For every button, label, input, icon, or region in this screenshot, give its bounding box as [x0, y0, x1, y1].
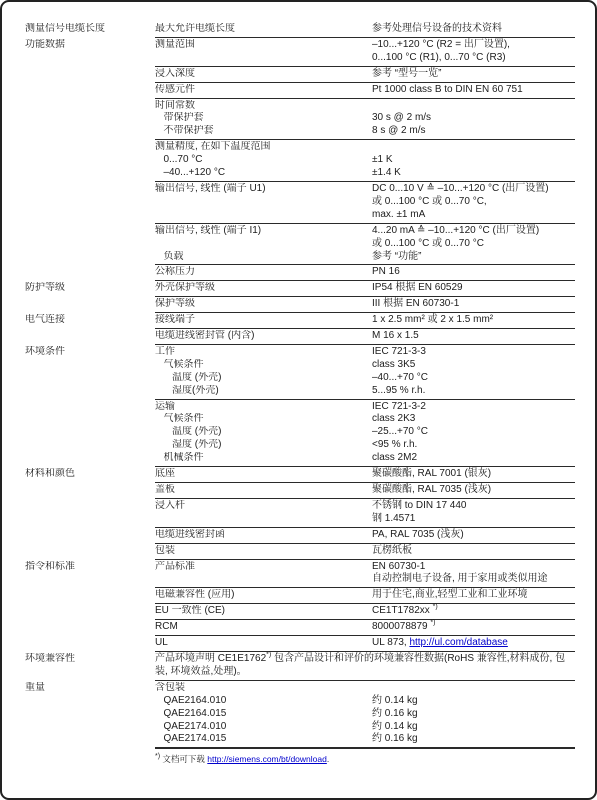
table-row: 时间常数 带保护套30 s @ 2 m/s不带保护套8 s @ 2 m/s	[25, 100, 575, 139]
spec-line: 电缆进线密封管 (内含)M 16 x 1.5	[155, 330, 575, 343]
spec-line: 电磁兼容性 (应用)用于住宅,商业,轻型工业和工业环境	[155, 589, 575, 602]
value-text: III 根据 EN 60730-1	[372, 298, 459, 309]
property-value: 8 s @ 2 m/s	[372, 125, 575, 138]
property-value: IEC 721-3-3	[372, 346, 575, 359]
env-compat-paragraph: 产品环境声明 CE1E1762*) 包含产品设计和评价的环境兼容性数据(RoHS…	[155, 653, 575, 679]
property-value: 瓦楞纸板	[372, 545, 575, 558]
row-body: 电磁兼容性 (应用)用于住宅,商业,轻型工业和工业环境	[155, 589, 575, 602]
footnote-marker: *)	[430, 620, 435, 627]
spec-line: 湿度 (外壳)<95 % r.h.	[155, 439, 575, 452]
table-row: 环境兼容性产品环境声明 CE1E1762*) 包含产品设计和评价的环境兼容性数据…	[25, 653, 575, 679]
spec-line: 或 0...100 °C 或 0...70 °C,	[155, 196, 575, 209]
spec-line: QAE2174.010约 0.14 kg	[155, 721, 575, 734]
property-label: 气候条件	[155, 359, 372, 372]
value-text: IP54 根据 EN 60529	[372, 282, 463, 293]
property-label: 电缆进线密封管 (内含)	[155, 330, 372, 343]
property-label: 底座	[155, 468, 372, 481]
property-value: 或 0...100 °C 或 0...70 °C,	[372, 196, 575, 209]
property-value: III 根据 EN 60730-1	[372, 298, 575, 311]
spec-line: 含包装	[155, 682, 575, 695]
spec-line: RCM8000078879 *)	[155, 621, 575, 634]
property-value: PA, RAL 7035 (浅灰)	[372, 529, 575, 542]
table-row: EU 一致性 (CE)CE1T1782xx *)	[25, 605, 575, 618]
spec-line: 气候条件class 2K3	[155, 413, 575, 426]
value-text: ±1.4 K	[372, 167, 401, 178]
property-label: 测量范围	[155, 39, 372, 52]
spec-line: 测量范围–10...+120 °C (R2 = 出厂设置),	[155, 39, 575, 52]
value-link[interactable]: http://ul.com/database	[409, 637, 507, 648]
row-body: 浸入深度参考 “型号一览”	[155, 68, 575, 81]
property-label: EU 一致性 (CE)	[155, 605, 372, 618]
table-row: 传感元件Pt 1000 class B to DIN EN 60 751	[25, 84, 575, 97]
value-text: 5...95 % r.h.	[372, 385, 425, 396]
row-body: 产品环境声明 CE1E1762*) 包含产品设计和评价的环境兼容性数据(RoHS…	[155, 653, 575, 679]
property-label	[155, 238, 372, 251]
property-value: <95 % r.h.	[372, 439, 575, 452]
row-body: 最大允许电缆长度参考处理信号设备的技术资料	[155, 23, 575, 36]
property-value: –10...+120 °C (R2 = 出厂设置),	[372, 39, 575, 52]
property-value: class 2M2	[372, 452, 575, 465]
spec-line: 时间常数	[155, 100, 575, 113]
spec-line: –40...+120 °C±1.4 K	[155, 167, 575, 180]
property-label: 电缆进线密封函	[155, 529, 372, 542]
value-text: 1 x 2.5 mm² 或 2 x 1.5 mm²	[372, 314, 493, 325]
spec-line: 保护等级III 根据 EN 60730-1	[155, 298, 575, 311]
row-body: 电缆进线密封管 (内含)M 16 x 1.5	[155, 330, 575, 343]
property-label: 带保护套	[155, 112, 372, 125]
row-body: 时间常数 带保护套30 s @ 2 m/s不带保护套8 s @ 2 m/s	[155, 100, 575, 139]
paragraph-text: 产品环境声明 CE1E1762	[155, 653, 266, 664]
value-text: 自动控制电子设备, 用于家用或类似用途	[372, 573, 548, 584]
property-value: 参考 “型号一览”	[372, 68, 575, 81]
siemens-download-link[interactable]: http://siemens.com/bt/download	[207, 754, 327, 764]
value-text: PN 16	[372, 266, 400, 277]
value-text: 聚碳酸酯, RAL 7001 (银灰)	[372, 468, 491, 479]
value-text: 参考 “功能”	[372, 251, 421, 262]
property-value	[372, 100, 575, 113]
row-divider	[155, 559, 575, 560]
property-label: 输出信号, 线性 (端子 I1)	[155, 225, 372, 238]
property-value: Pt 1000 class B to DIN EN 60 751	[372, 84, 575, 97]
table-row: 重量含包装 QAE2164.010约 0.14 kgQAE2164.015约 0…	[25, 682, 575, 747]
value-text: 约 0.14 kg	[372, 695, 418, 706]
property-value: 1 x 2.5 mm² 或 2 x 1.5 mm²	[372, 314, 575, 327]
value-text: IEC 721-3-2	[372, 401, 426, 412]
row-divider	[155, 498, 575, 499]
table-row: 浸入深度参考 “型号一览”	[25, 68, 575, 81]
row-body: 运输IEC 721-3-2气候条件class 2K3温度 (外壳)–25...+…	[155, 401, 575, 466]
property-value: DC 0...10 V ≙ –10...+120 °C (出厂设置)	[372, 183, 575, 196]
value-text: 钢 1.4571	[372, 513, 415, 524]
property-label: 传感元件	[155, 84, 372, 97]
row-divider	[155, 651, 575, 652]
property-label: QAE2164.010	[155, 695, 372, 708]
table-row: 防护等级外壳保护等级IP54 根据 EN 60529	[25, 282, 575, 295]
property-value: 0...100 °C (R1), 0...70 °C (R3)	[372, 52, 575, 65]
spec-line: QAE2164.015约 0.16 kg	[155, 708, 575, 721]
value-text: 用于住宅,商业,轻型工业和工业环境	[372, 589, 528, 600]
row-divider	[155, 98, 575, 99]
datasheet-page: 测量信号电缆长度最大允许电缆长度参考处理信号设备的技术资料功能数据测量范围–10…	[0, 0, 597, 800]
spec-line: 机械条件class 2M2	[155, 452, 575, 465]
property-value	[372, 141, 575, 154]
property-value: IP54 根据 EN 60529	[372, 282, 575, 295]
row-divider	[155, 312, 575, 313]
row-body: 外壳保护等级IP54 根据 EN 60529	[155, 282, 575, 295]
spec-line: QAE2174.015约 0.16 kg	[155, 733, 575, 746]
property-value: 用于住宅,商业,轻型工业和工业环境	[372, 589, 575, 602]
property-label: 浸入深度	[155, 68, 372, 81]
property-label: 气候条件	[155, 413, 372, 426]
property-label: QAE2174.010	[155, 721, 372, 734]
row-divider	[155, 296, 575, 297]
value-text: 约 0.16 kg	[372, 733, 418, 744]
spec-table: 测量信号电缆长度最大允许电缆长度参考处理信号设备的技术资料功能数据测量范围–10…	[25, 23, 575, 749]
property-label: 温度 (外壳)	[155, 426, 372, 439]
property-label: 最大允许电缆长度	[155, 23, 372, 36]
property-value: 约 0.14 kg	[372, 695, 575, 708]
property-value: PN 16	[372, 266, 575, 279]
row-body: 电缆进线密封函PA, RAL 7035 (浅灰)	[155, 529, 575, 542]
value-text: –25...+70 °C	[372, 426, 428, 437]
property-label	[155, 209, 372, 222]
spec-line: ULUL 873, http://ul.com/database	[155, 637, 575, 650]
property-label: 浸入杆	[155, 500, 372, 513]
value-text: 或 0...100 °C 或 0...70 °C,	[372, 196, 487, 207]
row-body: 输出信号, 线性 (端子 U1)DC 0...10 V ≙ –10...+120…	[155, 183, 575, 222]
row-divider	[155, 139, 575, 140]
property-label: 接线端子	[155, 314, 372, 327]
table-row: 保护等级III 根据 EN 60730-1	[25, 298, 575, 311]
property-label	[155, 196, 372, 209]
value-text: class 2K3	[372, 413, 415, 424]
property-value: 聚碳酸酯, RAL 7035 (浅灰)	[372, 484, 575, 497]
value-text: 或 0...100 °C 或 0...70 °C	[372, 238, 484, 249]
property-label: 机械条件	[155, 452, 372, 465]
section-category: 重量	[25, 682, 155, 695]
property-label: 保护等级	[155, 298, 372, 311]
row-divider	[155, 619, 575, 620]
row-body: 含包装 QAE2164.010约 0.14 kgQAE2164.015约 0.1…	[155, 682, 575, 747]
row-divider	[155, 543, 575, 544]
value-text: –40...+70 °C	[372, 372, 428, 383]
spec-line: 公称压力PN 16	[155, 266, 575, 279]
row-body: 工作IEC 721-3-3气候条件class 3K5温度 (外壳)–40...+…	[155, 346, 575, 398]
spec-line: 温度 (外壳)–25...+70 °C	[155, 426, 575, 439]
spec-line: 或 0...100 °C 或 0...70 °C	[155, 238, 575, 251]
row-divider	[155, 527, 575, 528]
row-body: 保护等级III 根据 EN 60730-1	[155, 298, 575, 311]
property-value: M 16 x 1.5	[372, 330, 575, 343]
table-row: 包装瓦楞纸板	[25, 545, 575, 558]
property-label: 湿度 (外壳)	[155, 439, 372, 452]
spec-line: 外壳保护等级IP54 根据 EN 60529	[155, 282, 575, 295]
spec-line: QAE2164.010约 0.14 kg	[155, 695, 575, 708]
section-category: 功能数据	[25, 39, 155, 52]
property-label	[155, 52, 372, 65]
section-category: 材料和颜色	[25, 468, 155, 481]
value-text: 参考 “型号一览”	[372, 68, 441, 79]
row-body: 底座聚碳酸酯, RAL 7001 (银灰)	[155, 468, 575, 481]
property-value: max. ±1 mA	[372, 209, 575, 222]
property-label: 输出信号, 线性 (端子 U1)	[155, 183, 372, 196]
value-text: 约 0.16 kg	[372, 708, 418, 719]
spec-line: 浸入深度参考 “型号一览”	[155, 68, 575, 81]
table-row: 公称压力PN 16	[25, 266, 575, 279]
value-text: 4...20 mA ≙ –10...+120 °C (出厂设置)	[372, 225, 539, 236]
spec-line: 浸入杆不锈钢 to DIN 17 440	[155, 500, 575, 513]
table-row: RCM8000078879 *)	[25, 621, 575, 634]
row-divider	[155, 223, 575, 224]
value-text: ±1 K	[372, 154, 393, 165]
spec-line: 负载参考 “功能”	[155, 251, 575, 264]
property-value: 约 0.14 kg	[372, 721, 575, 734]
value-text: 8000078879	[372, 621, 430, 632]
property-label: –40...+120 °C	[155, 167, 372, 180]
value-text: 8 s @ 2 m/s	[372, 125, 426, 136]
row-divider	[155, 603, 575, 604]
property-value: EN 60730-1	[372, 561, 575, 574]
spec-line: 包装瓦楞纸板	[155, 545, 575, 558]
spec-line: 温度 (外壳)–40...+70 °C	[155, 372, 575, 385]
property-value: 自动控制电子设备, 用于家用或类似用途	[372, 573, 575, 586]
property-value: CE1T1782xx *)	[372, 605, 575, 618]
property-label: 负载	[155, 251, 372, 264]
row-divider	[155, 328, 575, 329]
section-category: 测量信号电缆长度	[25, 23, 155, 36]
property-value: 不锈钢 to DIN 17 440	[372, 500, 575, 513]
table-row: 测量信号电缆长度最大允许电缆长度参考处理信号设备的技术资料	[25, 23, 575, 36]
property-value: 参考处理信号设备的技术资料	[372, 23, 575, 36]
value-text: 约 0.14 kg	[372, 721, 418, 732]
property-label: RCM	[155, 621, 372, 634]
table-row: 电缆进线密封函PA, RAL 7035 (浅灰)	[25, 529, 575, 542]
row-divider	[155, 399, 575, 400]
row-body: RCM8000078879 *)	[155, 621, 575, 634]
table-row: 环境条件工作IEC 721-3-3气候条件class 3K5温度 (外壳)–40…	[25, 346, 575, 398]
spec-line: 传感元件Pt 1000 class B to DIN EN 60 751	[155, 84, 575, 97]
value-text: <95 % r.h.	[372, 439, 417, 450]
property-value: ±1.4 K	[372, 167, 575, 180]
row-body: 接线端子1 x 2.5 mm² 或 2 x 1.5 mm²	[155, 314, 575, 327]
row-divider	[155, 66, 575, 67]
spec-line: 工作IEC 721-3-3	[155, 346, 575, 359]
property-label: 0...70 °C	[155, 154, 372, 167]
row-divider	[155, 635, 575, 636]
property-label: 盖板	[155, 484, 372, 497]
row-divider	[155, 264, 575, 265]
property-label: QAE2164.015	[155, 708, 372, 721]
row-divider	[155, 82, 575, 83]
table-row: 测量精度, 在如下温度范围 0...70 °C±1 K–40...+120 °C…	[25, 141, 575, 180]
value-text: 聚碳酸酯, RAL 7035 (浅灰)	[372, 484, 491, 495]
property-value: –40...+70 °C	[372, 372, 575, 385]
row-divider	[155, 344, 575, 345]
value-text: class 3K5	[372, 359, 415, 370]
spec-line: 最大允许电缆长度参考处理信号设备的技术资料	[155, 23, 575, 36]
value-text: CE1T1782xx	[372, 605, 433, 616]
property-label: 含包装	[155, 682, 372, 695]
property-label: 运输	[155, 401, 372, 414]
table-row: 功能数据测量范围–10...+120 °C (R2 = 出厂设置), 0...1…	[25, 39, 575, 65]
property-label: 包装	[155, 545, 372, 558]
table-row: 运输IEC 721-3-2气候条件class 2K3温度 (外壳)–25...+…	[25, 401, 575, 466]
value-text: 不锈钢 to DIN 17 440	[372, 500, 466, 511]
row-body: ULUL 873, http://ul.com/database	[155, 637, 575, 650]
footnote-suffix: .	[327, 754, 329, 764]
property-label: QAE2174.015	[155, 733, 372, 746]
property-label: 测量精度, 在如下温度范围	[155, 141, 372, 154]
table-row: 指令和标准产品标准EN 60730-1 自动控制电子设备, 用于家用或类似用途	[25, 561, 575, 587]
property-label	[155, 513, 372, 526]
table-row: 电缆进线密封管 (内含)M 16 x 1.5	[25, 330, 575, 343]
row-body: EU 一致性 (CE)CE1T1782xx *)	[155, 605, 575, 618]
footnote-marker: *)	[433, 604, 438, 611]
section-category: 防护等级	[25, 282, 155, 295]
spec-line: 自动控制电子设备, 用于家用或类似用途	[155, 573, 575, 586]
property-label: UL	[155, 637, 372, 650]
property-label: 外壳保护等级	[155, 282, 372, 295]
spec-line: 气候条件class 3K5	[155, 359, 575, 372]
row-body: 公称压力PN 16	[155, 266, 575, 279]
property-value: ±1 K	[372, 154, 575, 167]
spec-line: 带保护套30 s @ 2 m/s	[155, 112, 575, 125]
row-body: 盖板聚碳酸酯, RAL 7035 (浅灰)	[155, 484, 575, 497]
spec-line: 运输IEC 721-3-2	[155, 401, 575, 414]
property-value: 钢 1.4571	[372, 513, 575, 526]
spec-line: EU 一致性 (CE)CE1T1782xx *)	[155, 605, 575, 618]
table-row: 电磁兼容性 (应用)用于住宅,商业,轻型工业和工业环境	[25, 589, 575, 602]
row-divider	[155, 181, 575, 182]
value-text: Pt 1000 class B to DIN EN 60 751	[372, 84, 523, 95]
section-category: 环境条件	[25, 346, 155, 359]
row-body: 浸入杆不锈钢 to DIN 17 440 钢 1.4571	[155, 500, 575, 526]
value-text: EN 60730-1	[372, 561, 425, 572]
property-label	[155, 573, 372, 586]
spec-line: 输出信号, 线性 (端子 I1)4...20 mA ≙ –10...+120 °…	[155, 225, 575, 238]
value-text: PA, RAL 7035 (浅灰)	[372, 529, 464, 540]
spec-line: 钢 1.4571	[155, 513, 575, 526]
table-row: 输出信号, 线性 (端子 I1)4...20 mA ≙ –10...+120 °…	[25, 225, 575, 264]
property-label: 不带保护套	[155, 125, 372, 138]
value-text: max. ±1 mA	[372, 209, 425, 220]
row-body: 测量精度, 在如下温度范围 0...70 °C±1 K–40...+120 °C…	[155, 141, 575, 180]
value-text: M 16 x 1.5	[372, 330, 419, 341]
row-body: 输出信号, 线性 (端子 I1)4...20 mA ≙ –10...+120 °…	[155, 225, 575, 264]
property-value: 参考 “功能”	[372, 251, 575, 264]
value-text: DC 0...10 V ≙ –10...+120 °C (出厂设置)	[372, 183, 549, 194]
spec-line: 0...100 °C (R1), 0...70 °C (R3)	[155, 52, 575, 65]
property-value: class 3K5	[372, 359, 575, 372]
property-value: 约 0.16 kg	[372, 708, 575, 721]
table-row: 浸入杆不锈钢 to DIN 17 440 钢 1.4571	[25, 500, 575, 526]
spec-line: 测量精度, 在如下温度范围	[155, 141, 575, 154]
spec-line: 产品标准EN 60730-1	[155, 561, 575, 574]
spec-line: 盖板聚碳酸酯, RAL 7035 (浅灰)	[155, 484, 575, 497]
property-label: 电磁兼容性 (应用)	[155, 589, 372, 602]
value-text: 0...100 °C (R1), 0...70 °C (R3)	[372, 52, 506, 63]
property-value: IEC 721-3-2	[372, 401, 575, 414]
spec-line: max. ±1 mA	[155, 209, 575, 222]
spec-line: 湿度(外壳)5...95 % r.h.	[155, 385, 575, 398]
row-divider	[155, 280, 575, 281]
property-label: 工作	[155, 346, 372, 359]
property-value: 4...20 mA ≙ –10...+120 °C (出厂设置)	[372, 225, 575, 238]
row-body: 传感元件Pt 1000 class B to DIN EN 60 751	[155, 84, 575, 97]
spec-line: 底座聚碳酸酯, RAL 7001 (银灰)	[155, 468, 575, 481]
row-divider	[155, 466, 575, 467]
value-text: UL 873,	[372, 637, 409, 648]
value-text: class 2M2	[372, 452, 417, 463]
row-body: 测量范围–10...+120 °C (R2 = 出厂设置), 0...100 °…	[155, 39, 575, 65]
spec-line: 不带保护套8 s @ 2 m/s	[155, 125, 575, 138]
value-text: –10...+120 °C (R2 = 出厂设置),	[372, 39, 510, 50]
property-value: 5...95 % r.h.	[372, 385, 575, 398]
table-row: 盖板聚碳酸酯, RAL 7035 (浅灰)	[25, 484, 575, 497]
value-text: 30 s @ 2 m/s	[372, 112, 431, 123]
property-value: 8000078879 *)	[372, 621, 575, 634]
row-divider	[155, 482, 575, 483]
property-value	[372, 682, 575, 695]
section-category: 环境兼容性	[25, 653, 155, 666]
value-text: 参考处理信号设备的技术资料	[372, 23, 502, 34]
property-value: –25...+70 °C	[372, 426, 575, 439]
row-body: 包装瓦楞纸板	[155, 545, 575, 558]
spec-line: 电缆进线密封函PA, RAL 7035 (浅灰)	[155, 529, 575, 542]
spec-line: 接线端子1 x 2.5 mm² 或 2 x 1.5 mm²	[155, 314, 575, 327]
section-category: 指令和标准	[25, 561, 155, 574]
property-value: 或 0...100 °C 或 0...70 °C	[372, 238, 575, 251]
row-body: 产品标准EN 60730-1 自动控制电子设备, 用于家用或类似用途	[155, 561, 575, 587]
value-text: IEC 721-3-3	[372, 346, 426, 357]
property-label: 产品标准	[155, 561, 372, 574]
footnote-text: 文档可下载	[160, 754, 207, 764]
property-label: 温度 (外壳)	[155, 372, 372, 385]
row-divider	[155, 747, 575, 749]
property-label: 公称压力	[155, 266, 372, 279]
table-row: 电气连接接线端子1 x 2.5 mm² 或 2 x 1.5 mm²	[25, 314, 575, 327]
table-row: 输出信号, 线性 (端子 U1)DC 0...10 V ≙ –10...+120…	[25, 183, 575, 222]
property-value: 约 0.16 kg	[372, 733, 575, 746]
property-value: class 2K3	[372, 413, 575, 426]
spec-line: 输出信号, 线性 (端子 U1)DC 0...10 V ≙ –10...+120…	[155, 183, 575, 196]
table-row: 材料和颜色底座聚碳酸酯, RAL 7001 (银灰)	[25, 468, 575, 481]
value-text: 瓦楞纸板	[372, 545, 412, 556]
section-category: 电气连接	[25, 314, 155, 327]
property-value: UL 873, http://ul.com/database	[372, 637, 575, 650]
row-divider	[155, 37, 575, 38]
property-label: 时间常数	[155, 100, 372, 113]
footnote: *) 文档可下载 http://siemens.com/bt/download.	[155, 754, 575, 765]
property-label: 湿度(外壳)	[155, 385, 372, 398]
table-row: ULUL 873, http://ul.com/database	[25, 637, 575, 650]
row-divider	[155, 680, 575, 681]
property-value: 聚碳酸酯, RAL 7001 (银灰)	[372, 468, 575, 481]
spec-line: 0...70 °C±1 K	[155, 154, 575, 167]
property-value: 30 s @ 2 m/s	[372, 112, 575, 125]
